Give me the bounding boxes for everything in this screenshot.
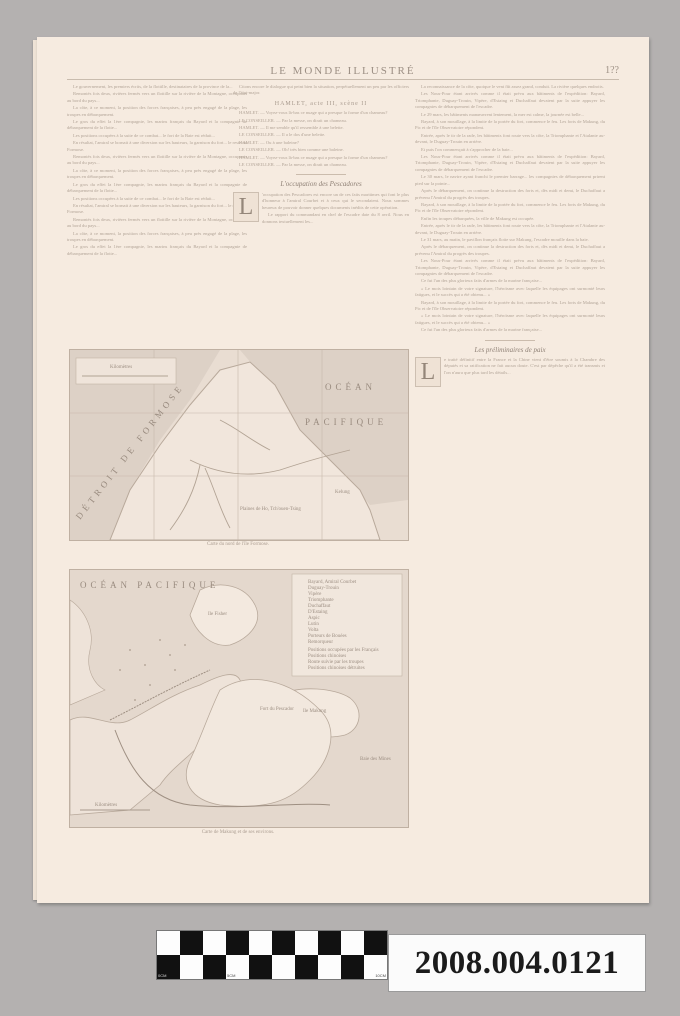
map-scale-label: Kilomètres (110, 365, 132, 370)
section-paragraph: e traité définitif entre la France et la… (415, 357, 605, 376)
paragraph: Remontés fois deux, rivières fermés vers… (67, 217, 247, 230)
column-left: Le gouvernement, les premiers écrits, de… (67, 84, 247, 352)
paragraph: Les Nous-Pour étant arrivés comme il éta… (415, 91, 605, 110)
section-paragraph: 'occupation des Pescadores est encore un… (233, 192, 409, 211)
scale-label-5: 5CM (227, 973, 235, 978)
svg-text:Aspic: Aspic (308, 616, 320, 621)
column-middle: Citons encore le dialogue qui peint bien… (233, 84, 409, 352)
map-label-plain: Plaines de Ho, Tch'ouen-Tsing (240, 507, 301, 512)
paragraph: Le 29 mars, les bâtiments manœuvrent len… (415, 112, 605, 118)
svg-text:Bayard, Amiral Courbet: Bayard, Amiral Courbet (308, 580, 357, 585)
svg-text:Positions chinoises détruites: Positions chinoises détruites (308, 666, 365, 671)
paragraph: Le gouvernement, les premiers écrits, de… (67, 84, 247, 90)
svg-text:Porteurs de Bouées: Porteurs de Bouées (308, 634, 347, 639)
photo-scale-bar: 0CM 5CM 10CM (156, 930, 388, 980)
running-header: LE MONDE ILLUSTRÉ 1?? (67, 65, 619, 80)
paragraph: Après le débarquement, on continue la de… (415, 244, 605, 257)
paragraph: Le gros du effet la 1ère compagnie, les … (67, 244, 247, 257)
paragraph: « Le mois lointain de votre signature, l… (415, 313, 605, 326)
svg-text:Triomphante: Triomphante (308, 598, 334, 603)
paragraph: Bayard, à son mouillage, à la limite de … (415, 300, 605, 313)
paragraph: La côte, à ce moment, la position des fo… (67, 168, 247, 181)
paragraph: Les Nous-Pour étant arrivés comme il éta… (415, 258, 605, 277)
paragraph: Entrée, après le tir de la rade, les bât… (415, 223, 605, 236)
map-scale-label: Kilomètres (95, 803, 117, 808)
svg-text:Positions occupées par les Fra: Positions occupées par les Français (308, 648, 379, 653)
dialogue-line: LE CONSEILLER. — Oh! très bien comme une… (233, 147, 409, 153)
svg-text:D'Estaing: D'Estaing (308, 610, 328, 615)
paragraph: En résultat, l'amiral se bornait à une d… (67, 140, 247, 153)
column-right: La reconnaissance de la côte, quoique le… (415, 84, 605, 784)
section-title: Les préliminaires de paix (415, 347, 605, 353)
paragraph: Remontés fois deux, rivières fermés vers… (67, 91, 247, 104)
map-label-city: Kelung (335, 490, 350, 495)
paragraph: Les positions occupées à la suite de ce … (67, 133, 247, 139)
svg-text:Duguay-Trouin: Duguay-Trouin (308, 586, 339, 591)
dialogue-line: HAMLET. — Ou à une baleine? (233, 140, 409, 146)
map-caption: Carte de Makung et de ses environs. (69, 830, 407, 835)
map-label-fort: Fort du Pescador (260, 707, 294, 712)
paragraph: Les positions occupées à la suite de ce … (67, 196, 247, 202)
svg-text:Remorqueur: Remorqueur (308, 640, 333, 645)
scale-label-0: 0CM (158, 973, 166, 978)
paragraph: Et puis l'on commençait à s'approcher de… (415, 147, 605, 153)
map-caption: Carte du nord de l'île Formose. (69, 542, 407, 547)
svg-text:Vipère: Vipère (308, 592, 322, 597)
paragraph: La côte, à ce moment, la position des fo… (67, 231, 247, 244)
paragraph: Enfin les troupes débarquées, la ville d… (415, 216, 605, 222)
paragraph: Le gros du effet la 1ère compagnie, les … (67, 119, 247, 132)
dialogue-line: HAMLET. — Voyez-vous là-bas ce nuage qui… (233, 155, 409, 161)
section-title: L'occupation des Pescadores (233, 181, 409, 187)
paragraph: Les Nous-Pour étant arrivés comme il éta… (415, 154, 605, 173)
publication-title: LE MONDE ILLUSTRÉ (67, 65, 619, 77)
paragraph: Bayard, à son mouillage, à la limite de … (415, 202, 605, 215)
svg-text:Positions chinoises: Positions chinoises (308, 654, 346, 659)
map-label-pacific: PACIFIQUE (305, 417, 387, 427)
paragraph: La reconnaissance de la côte, quoique le… (415, 84, 605, 90)
svg-text:Duchaffaut: Duchaffaut (308, 604, 331, 609)
dialogue-line: HAMLET. — Voyez-vous là-bas ce nuage qui… (233, 110, 409, 116)
accession-number-label: 2008.004.0121 (388, 934, 646, 992)
paragraph: Le gros du effet la 1ère compagnie, les … (67, 182, 247, 195)
dialogue-heading: HAMLET, acte III, scène II (233, 101, 409, 107)
page-number: 1?? (605, 65, 619, 76)
dialogue-line: LE CONSEILLER. — Il a le dos d'une belet… (233, 132, 409, 138)
paragraph: Remontés fois deux, rivières fermés vers… (67, 154, 247, 167)
paragraph: « Le mois lointain de votre signature, l… (415, 286, 605, 299)
map-north-formosa: Kilomètres OCÉAN PACIFIQUE DÉTROIT DE FO… (69, 349, 409, 541)
dialogue-line: LE CONSEILLER. — Par la messe, on dirait… (233, 162, 409, 168)
intro-paragraph: Citons encore le dialogue qui peint bien… (233, 84, 409, 97)
paragraph: Le 31 mars, au matin, le pavillon frança… (415, 237, 605, 243)
section-divider (296, 174, 346, 175)
map-makung: Bayard, Amiral Courbet Duguay-Trouin Vip… (69, 569, 409, 828)
paragraph: Le 30 mars, le navire ayant franchi le p… (415, 174, 605, 187)
drop-cap: L (415, 357, 441, 387)
dialogue-line: LE CONSEILLER. — Par la messe, on dirait… (233, 118, 409, 124)
svg-text:Lutin: Lutin (308, 622, 319, 627)
section-divider (485, 340, 535, 341)
newspaper-page: LE MONDE ILLUSTRÉ 1?? Le gouvernement, l… (37, 37, 649, 903)
map-label-bay: Baie des Mines (360, 757, 391, 762)
paragraph: Après le débarquement, on continue la de… (415, 188, 605, 201)
scale-label-10: 10CM (375, 973, 386, 978)
section-paragraph: Le rapport du commandant en chef de l'es… (233, 212, 409, 225)
map-north-formosa-drawing: Kilomètres OCÉAN PACIFIQUE DÉTROIT DE FO… (70, 350, 408, 540)
svg-text:Volta: Volta (308, 628, 319, 633)
map-label-ocean: OCÉAN PACIFIQUE (80, 580, 219, 590)
paragraph: La côte, à ce moment, la position des fo… (67, 105, 247, 118)
drop-cap: L (233, 192, 259, 222)
dialogue-line: HAMLET. — Il me semble qu'il ressemble à… (233, 125, 409, 131)
paragraph: Entrée, après le tir de la rade, les bât… (415, 133, 605, 146)
map-label-ocean: OCÉAN (325, 382, 376, 392)
paragraph: En résultat, l'amiral se bornait à une d… (67, 203, 247, 216)
map-label-island2: Ile Makung (303, 709, 327, 714)
svg-text:Route suivie par les troupes: Route suivie par les troupes (308, 660, 364, 665)
map-makung-drawing: Bayard, Amiral Courbet Duguay-Trouin Vip… (70, 570, 408, 827)
paragraph: Ce fut l'un des plus glorieux faits d'ar… (415, 278, 605, 284)
paragraph: Bayard, à son mouillage, à la limite de … (415, 119, 605, 132)
map-label-island1: Ile Fisher (208, 612, 227, 617)
paragraph: Ce fut l'un des plus glorieux faits d'ar… (415, 327, 605, 333)
